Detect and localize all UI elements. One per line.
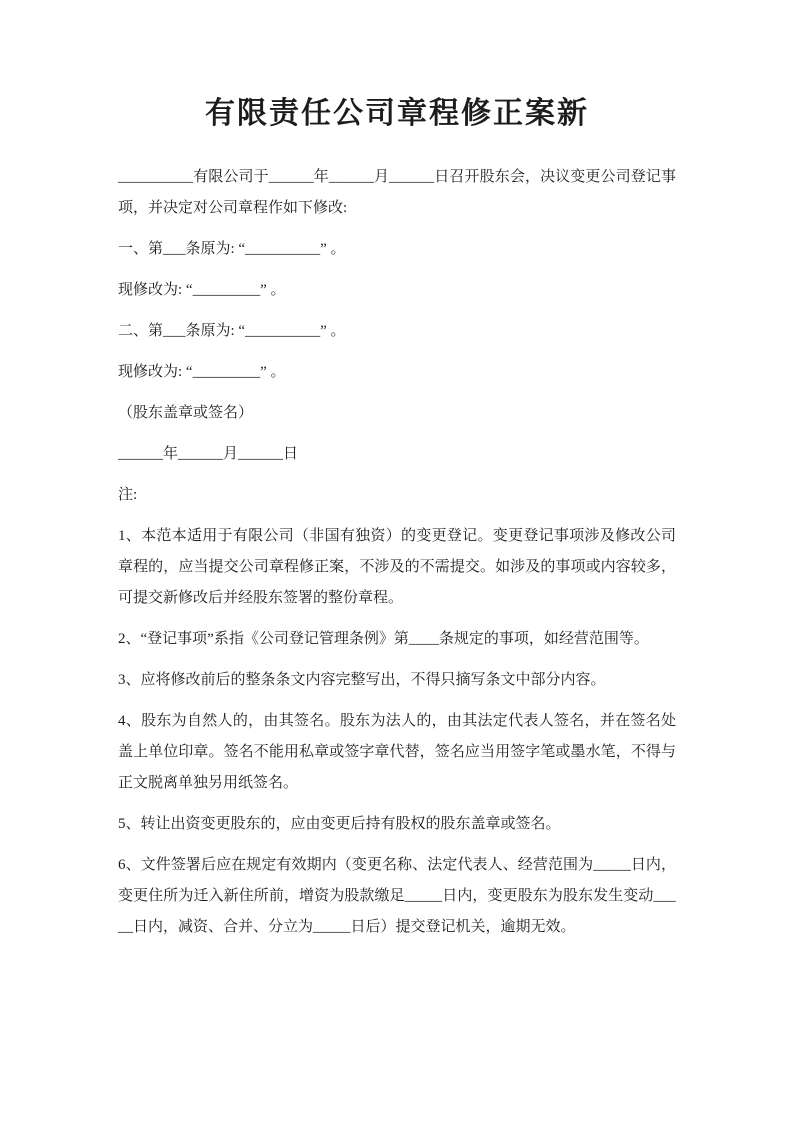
date-line: ______年______月______日 — [118, 439, 676, 470]
note-5: 5、转让出资变更股东的，应由变更后持有股权的股东盖章或签名。 — [118, 809, 676, 840]
signature-hint: （股东盖章或签名） — [118, 398, 676, 429]
note-2: 2、“登记事项”系指《公司登记管理条例》第____条规定的事项，如经营范围等。 — [118, 624, 676, 655]
note-4: 4、股东为自然人的，由其签名。股东为法人的，由其法定代表人签名，并在签名处盖上单… — [118, 706, 676, 799]
notes-label: 注: — [118, 480, 676, 511]
intro-paragraph: __________有限公司于______年______月______日召开股东… — [118, 162, 676, 224]
clause-2-revised: 现修改为: “_________” 。 — [118, 357, 676, 388]
document-title: 有限责任公司章程修正案新 — [118, 91, 676, 136]
clause-1-revised: 现修改为: “_________” 。 — [118, 275, 676, 306]
clause-2-original: 二、第___条原为: “__________” 。 — [118, 316, 676, 347]
document-page: 有限责任公司章程修正案新 __________有限公司于______年_____… — [0, 0, 793, 1122]
note-3: 3、应将修改前后的整条条文内容完整写出，不得只摘写条文中部分内容。 — [118, 665, 676, 696]
clause-1-original: 一、第___条原为: “__________” 。 — [118, 234, 676, 265]
note-1: 1、本范本适用于有限公司（非国有独资）的变更登记。变更登记事项涉及修改公司章程的… — [118, 521, 676, 614]
note-6: 6、文件签署后应在规定有效期内（变更名称、法定代表人、经营范围为_____日内，… — [118, 850, 676, 943]
